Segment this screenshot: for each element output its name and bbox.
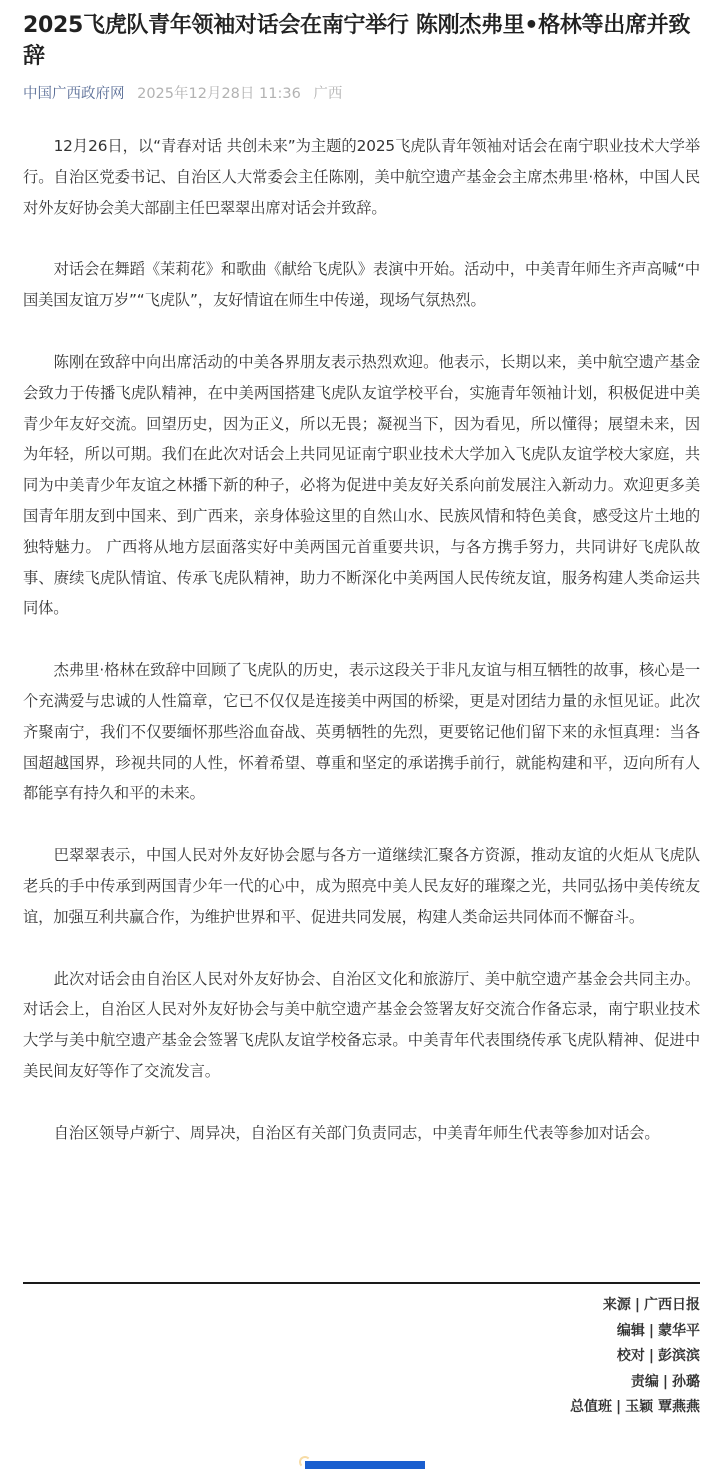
credit-label: 校对 xyxy=(617,1348,645,1364)
bottom-banner[interactable] xyxy=(305,1461,425,1469)
credit-row-proofreader: 校对|彭滨滨 xyxy=(570,1344,700,1370)
credit-row-duty-chief: 总值班|玉颖 覃燕燕 xyxy=(570,1395,700,1421)
credit-separator: | xyxy=(616,1399,621,1415)
paragraph: 对话会在舞蹈《茉莉花》和歌曲《献给飞虎队》表演中开始。活动中，中美青年师生齐声高… xyxy=(23,254,700,316)
article-title: 2025飞虎队青年领袖对话会在南宁举行 陈刚杰弗里•格林等出席并致辞 xyxy=(23,0,700,72)
credit-separator: | xyxy=(635,1297,640,1313)
article-body: 12月26日，以“青春对话 共创未来”为主题的2025飞虎队青年领袖对话会在南宁… xyxy=(23,131,700,1149)
credit-value: 孙璐 xyxy=(672,1374,700,1390)
credit-row-editor: 编辑|蒙华平 xyxy=(570,1319,700,1345)
paragraph: 12月26日，以“青春对话 共创未来”为主题的2025飞虎队青年领袖对话会在南宁… xyxy=(23,131,700,223)
paragraph: 陈刚在致辞中向出席活动的中美各界朋友表示热烈欢迎。他表示，长期以来，美中航空遗产… xyxy=(23,347,700,624)
credit-value: 蒙华平 xyxy=(658,1323,700,1339)
credit-separator: | xyxy=(649,1323,654,1339)
article: 2025飞虎队青年领袖对话会在南宁举行 陈刚杰弗里•格林等出席并致辞 中国广西政… xyxy=(23,0,700,1180)
credit-row-source: 来源|广西日报 xyxy=(570,1293,700,1319)
credit-label: 责编 xyxy=(631,1374,659,1390)
publish-location: 广西 xyxy=(313,86,342,102)
paragraph: 杰弗里·格林在致辞中回顾了飞虎队的历史，表示这段关于非凡友谊与相互牺牲的故事，核… xyxy=(23,655,700,809)
publish-datetime: 2025年12月28日 11:36 xyxy=(137,86,301,102)
credit-label: 编辑 xyxy=(617,1323,645,1339)
paragraph: 巴翠翠表示，中国人民对外友好协会愿与各方一道继续汇聚各方资源，推动友谊的火炬从飞… xyxy=(23,840,700,932)
credit-label: 来源 xyxy=(603,1297,631,1313)
paragraph: 自治区领导卢新宁、周异决，自治区有关部门负责同志，中美青年师生代表等参加对话会。 xyxy=(23,1118,700,1149)
article-credits: 来源|广西日报 编辑|蒙华平 校对|彭滨滨 责编|孙璐 总值班|玉颖 覃燕燕 xyxy=(570,1293,700,1421)
credit-value: 彭滨滨 xyxy=(658,1348,700,1364)
source-link[interactable]: 中国广西政府网 xyxy=(23,86,125,102)
credit-separator: | xyxy=(649,1348,654,1364)
credit-row-responsible-editor: 责编|孙璐 xyxy=(570,1370,700,1396)
footer-divider xyxy=(23,1282,700,1284)
credit-value: 玉颖 覃燕燕 xyxy=(625,1399,700,1415)
credit-value: 广西日报 xyxy=(644,1297,700,1313)
credit-separator: | xyxy=(663,1374,668,1390)
paragraph: 此次对话会由自治区人民对外友好协会、自治区文化和旅游厅、美中航空遗产基金会共同主… xyxy=(23,964,700,1087)
credit-label: 总值班 xyxy=(570,1399,612,1415)
article-meta: 中国广西政府网 2025年12月28日 11:36 广西 xyxy=(23,84,700,104)
